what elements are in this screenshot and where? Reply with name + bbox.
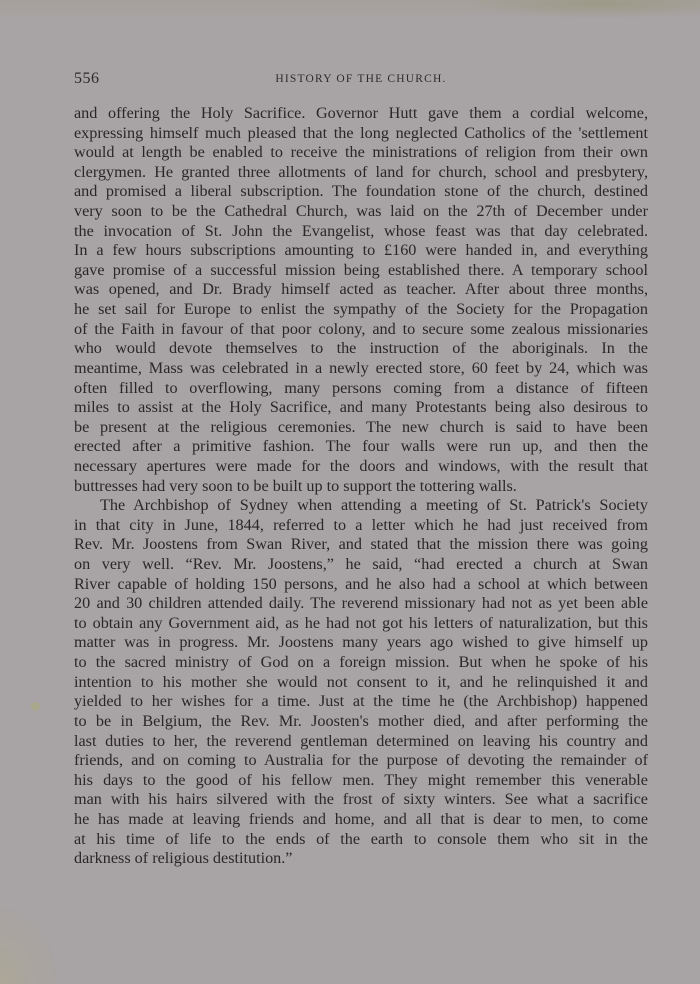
text-line: matter was in progress. Mr. Joostens man… bbox=[74, 633, 648, 653]
paragraph-start-line: The Archbishop of Sydney when attending … bbox=[74, 496, 648, 516]
text-line: the invocation of St. John the Evangelis… bbox=[74, 222, 648, 242]
text-line: miles to assist at the Holy Sacrifice, a… bbox=[74, 398, 648, 418]
text-line: and promised a liberal subscription. The… bbox=[74, 182, 648, 202]
text-line: to be in Belgium, the Rev. Mr. Joosten's… bbox=[74, 712, 648, 732]
text-line: was opened, and Dr. Brady himself acted … bbox=[74, 280, 648, 300]
text-line: who would devote themselves to the instr… bbox=[74, 339, 648, 359]
text-line: necessary apertures were made for the do… bbox=[74, 457, 648, 477]
text-line: very soon to be the Cathedral Church, wa… bbox=[74, 202, 648, 222]
text-line: expressing himself much pleased that the… bbox=[74, 124, 648, 144]
text-line: would at length be enabled to receive th… bbox=[74, 143, 648, 163]
text-line: man with his hairs silvered with the fro… bbox=[74, 790, 648, 810]
text-line: 20 and 30 children attended daily. The r… bbox=[74, 594, 648, 614]
text-line: In a few hours subscriptions amounting t… bbox=[74, 241, 648, 261]
text-line: darkness of religious destitution.” bbox=[74, 849, 648, 869]
book-page: 556 HISTORY OF THE CHURCH. and offering … bbox=[0, 0, 700, 984]
text-line: gave promise of a successful mission bei… bbox=[74, 261, 648, 281]
text-line: yielded to her wishes for a time. Just a… bbox=[74, 692, 648, 712]
text-line: in that city in June, 1844, referred to … bbox=[74, 516, 648, 536]
text-line: buttresses had very soon to be built up … bbox=[74, 477, 648, 497]
paper-stain bbox=[31, 702, 40, 711]
text-line: to the sacred ministry of God on a forei… bbox=[74, 653, 648, 673]
text-line: be present at the religious ceremonies. … bbox=[74, 418, 648, 438]
text-line: and offering the Holy Sacrifice. Governo… bbox=[74, 104, 648, 124]
body-text: and offering the Holy Sacrifice. Governo… bbox=[74, 104, 648, 869]
text-line: clergymen. He granted three allotments o… bbox=[74, 163, 648, 183]
text-line: friends, and on coming to Australia for … bbox=[74, 751, 648, 771]
text-line: erected after a primitive fashion. The f… bbox=[74, 437, 648, 457]
text-line: Rev. Mr. Joostens from Swan River, and s… bbox=[74, 535, 648, 555]
text-line: intention to his mother she would not co… bbox=[74, 673, 648, 693]
text-line: to obtain any Government aid, as he had … bbox=[74, 614, 648, 634]
text-line: at his time of life to the ends of the e… bbox=[74, 830, 648, 850]
text-line: he has made at leaving friends and home,… bbox=[74, 810, 648, 830]
text-line: often filled to overflowing, many person… bbox=[74, 379, 648, 399]
page-header: 556 HISTORY OF THE CHURCH. bbox=[74, 70, 648, 92]
text-line: of the Faith in favour of that poor colo… bbox=[74, 320, 648, 340]
text-line: his days to the good of his fellow men. … bbox=[74, 771, 648, 791]
text-line: River capable of holding 150 persons, an… bbox=[74, 575, 648, 595]
text-line: on very well. “Rev. Mr. Joostens,” he sa… bbox=[74, 555, 648, 575]
text-line: meantime, Mass was celebrated in a newly… bbox=[74, 359, 648, 379]
text-line: last duties to her, the reverend gentlem… bbox=[74, 732, 648, 752]
running-head: HISTORY OF THE CHURCH. bbox=[74, 73, 648, 85]
text-line: he set sail for Europe to enlist the sym… bbox=[74, 300, 648, 320]
